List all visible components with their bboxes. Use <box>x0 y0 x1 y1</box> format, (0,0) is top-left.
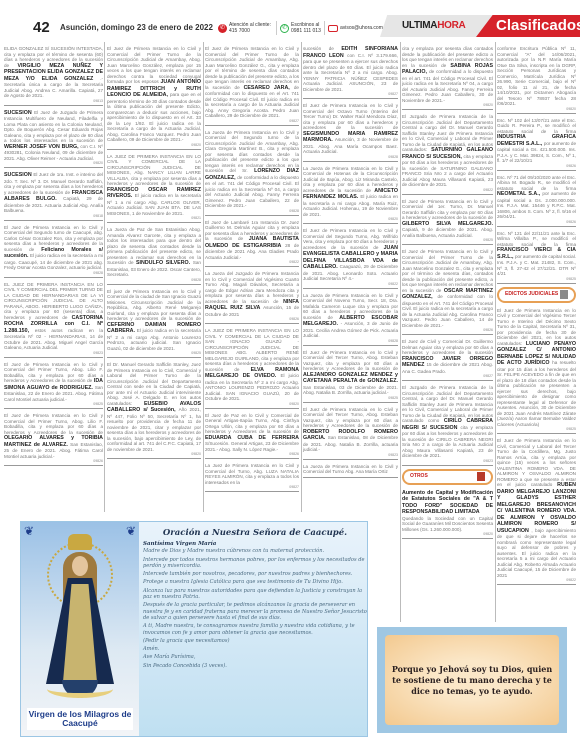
notice-text: La Jueza de Primera Instancia en lo Civi… <box>205 130 299 174</box>
prayer-line: Intercede también por nosotros, pecadore… <box>143 571 367 577</box>
prayer-text: Oración a Nuestra Señora de Caacupé. San… <box>143 528 367 671</box>
notice-text: El Juez de Primera Instancia en lo Civil… <box>303 350 398 372</box>
legal-notice: LA JUEZ DE PRIMERA INSTANCIA EN LO CIVIL… <box>205 326 299 409</box>
notice-code: 09813 <box>4 99 103 103</box>
notice-lead: SUCESION <box>4 110 34 116</box>
column-e: cita y emplaza por sesenta días contados… <box>402 44 493 541</box>
notice-code: 09820 <box>497 107 576 111</box>
notice-subject-name: NEOMETAL S.A., <box>497 191 542 197</box>
legal-notice: La Jueza del Juzgado de Primera Instanci… <box>205 269 299 324</box>
gavel-icon <box>560 290 568 299</box>
edictos-badge-label: EDICTOS JUDICIALES <box>505 292 558 298</box>
notice-code: 09827 <box>303 92 398 96</box>
otros-icon <box>477 472 485 481</box>
notice-text: El juez de Primera Instancia en lo Civil… <box>107 289 201 322</box>
notice-code: 09826 <box>402 328 493 332</box>
virgin-image: ❦ ❦ Virgen de los Milagros de Caacupé <box>21 522 139 736</box>
notice-text: Año 2021, Nº 447, Folio Nº 50, Secretarí… <box>107 407 201 452</box>
notice-text: La Juez de Primera Instancia en lo Civil… <box>205 463 299 485</box>
notice-code: 09825 <box>402 238 493 242</box>
customer-service-contact: ✆ Atención al cliente:415 7000 <box>218 21 271 35</box>
ornament-icon: ❦ <box>24 524 34 538</box>
notice-text: para que en el perentorio término de 30 … <box>107 92 201 142</box>
notice-code: 09822 <box>303 282 398 286</box>
otros-text: Quedando la Sociedad con un Capital Soci… <box>402 516 493 533</box>
notice-text: La Jueza de Primera Instancia en lo Civi… <box>303 464 398 475</box>
legal-notice: El Juez de Paz en lo Civil y Comercial d… <box>205 411 299 460</box>
notice-code: 09826 <box>205 452 299 456</box>
notice-code: 09820 <box>402 103 493 107</box>
prayer-line: Alcanza luz para nuestras autoridades pa… <box>143 588 367 601</box>
ornament-icon: ❦ <box>126 524 136 538</box>
notice-code: 09825 <box>4 402 103 406</box>
column-divider <box>400 42 401 622</box>
notice-text: El Juez de Paz en lo Civil y Comercial d… <box>205 413 299 435</box>
notice-code: 09820 <box>107 452 201 456</box>
notice-subject-name: ALEJANDRO GONZALEZ MENDEZ y CAYETANA PER… <box>303 372 398 385</box>
notice-code: 09828 <box>303 155 398 159</box>
notice-text: , bajo apercibimiento de que si dejare d… <box>497 528 576 578</box>
issue-date: Asunción, domingo 23 de enero de 2022 <box>60 23 213 32</box>
prayer-line: Protege a nuestra Iglesia Católica para … <box>143 579 367 585</box>
legal-notice: El Juzgado de Primera Instancia de la Ci… <box>402 383 493 466</box>
notice-subject-name: WERNER JOSEF VON BURG, <box>4 144 80 150</box>
bible-verse-ad: Porque yo Jehová soy tu Dios, quien te s… <box>377 627 567 733</box>
legal-notice: SUCESION El Juez de 1ra. Inst. e interin… <box>4 170 103 221</box>
legal-notice: El Juez de Primera Instancia en lo Civil… <box>4 223 103 278</box>
legal-notice: El Juez de Primera Instancia en lo Civil… <box>402 197 493 246</box>
verse-text: Porque yo Jehová soy tu Dios, quien te s… <box>385 635 559 725</box>
section-ribbon: ULTIMAHORA Clasificados <box>380 15 580 37</box>
prayer-line: (Pedir la gracia que necesitamos) <box>143 638 367 644</box>
notice-code: 09828 <box>303 339 398 343</box>
legal-notice: La Juez de Primera Instancia en lo Civil… <box>205 461 299 492</box>
prayer-line: Ave María Purísima, <box>143 654 367 660</box>
notice-text: Capiatá, 9 de diciembre de 2021. Abog. A… <box>402 227 493 238</box>
edictos-badge: EDICTOS JUDICIALES <box>497 287 576 303</box>
prayer-subtitle: Santísima Virgen María <box>143 541 367 547</box>
contact-value: 0981 111 013 <box>291 28 321 34</box>
column-d: sucesión de EDITH SINFORIANA FRANCO LEON… <box>303 44 398 480</box>
legal-notice: cita y emplaza por sesenta días contados… <box>402 44 493 110</box>
prayer-title: Oración a Nuestra Señora de Caacupé. <box>143 528 367 538</box>
notice-code: 09822 <box>205 260 299 264</box>
legal-notice: El Dr. Manuel Gerardo Saffidin Stanley, … <box>107 360 201 459</box>
legal-notice: SUCESION El Juez de Juzgado de Primera I… <box>4 108 103 169</box>
notice-text: Esc. Nº 102 del 13/07/21 ante el Esc. Gu… <box>497 118 576 134</box>
notice-code: 09826 <box>497 164 576 168</box>
legal-notice: El Juez de Civil y Comercial Dr. Guiller… <box>402 337 493 381</box>
phone-icon: ✆ <box>218 24 227 33</box>
legal-notice: ELIDA GONZALEZ S/ SUCESIÓN INTESTADA, ci… <box>4 44 103 106</box>
notice-code: 09826 <box>4 459 103 463</box>
logo-part-1: ULTIMA <box>402 20 437 31</box>
whatsapp-contact: ✆ Escribinos al0981 111 013 <box>276 21 321 35</box>
notice-code: 09820 <box>303 217 398 221</box>
notice-subject-name: VIRGILIO MEZA NUÑEZ Y PRESENTACION ELIDA… <box>4 63 103 82</box>
notice-subject-name: SINDULFO SILVERO. <box>136 260 193 266</box>
image-caption: Virgen de los Milagros de Caacupé <box>27 708 133 730</box>
prayer-line: Después de la gracia particular, te pedi… <box>143 602 367 621</box>
legal-notice: El Juez de Primera Instancia en lo Civil… <box>4 411 103 466</box>
legal-notice: La Jueza de Primera Instancia en lo Civi… <box>205 128 299 216</box>
mail-icon <box>328 25 338 32</box>
prayer-line: Madre de Dios y Madre nuestra cúbrenos c… <box>143 548 367 554</box>
moon-icon <box>47 680 113 698</box>
notice-code: 09820 <box>402 532 493 536</box>
notice-text: El Juez de Primera Instancia en lo Civil… <box>497 438 576 487</box>
notice-code: 09823 <box>303 453 398 457</box>
notice-lead: SUCESION <box>4 172 33 178</box>
crown-icon <box>68 534 92 550</box>
otros-notice: Aumento de Capital y Modificación de Est… <box>402 488 493 540</box>
legal-notice: La Jueza de Paz de San Estanislao Abog. … <box>107 225 201 285</box>
prayer-line: Intercede por todos nuestros hermanos po… <box>143 557 367 570</box>
column-divider <box>495 42 496 622</box>
legal-notice: El Juez de Primera Instancia en lo Civil… <box>303 101 398 162</box>
logo-part-2: HORA <box>437 20 465 31</box>
notice-code: 09823 <box>402 459 493 463</box>
notice-code: 09822 <box>497 578 576 582</box>
notice-code: 09820 <box>205 402 299 406</box>
notice-code: 09827 <box>205 119 299 123</box>
page-number: 42 <box>33 19 50 36</box>
notice-text: El Juez de Primera Instancia en lo Civil… <box>4 413 103 435</box>
notice-text: con C.I. Nº 3.179.666, para que se prese… <box>303 53 398 92</box>
legal-notice: El juez de Primera Instancia en lo Civil… <box>107 287 201 359</box>
figure-face <box>72 556 88 576</box>
notice-code: 09825 <box>303 396 398 400</box>
legal-notice: LA JUEZ DE PRIMERA INSTANCIA EN LO CIVIL… <box>107 152 201 224</box>
contact-value: 415 7000 <box>229 28 271 34</box>
notice-text: El Juez de Primera Instancia en lo Civil… <box>205 46 299 90</box>
legal-notice: Esc. Nº 71 del 09/10/2020 ante el Esc. A… <box>497 173 576 227</box>
notice-code: 09828 <box>107 278 201 282</box>
notice-text: S/Sucesión. General Artigas, 23 de Dicie… <box>205 441 299 452</box>
legal-notice: Esc. Nº 121 del 22/11/21 ante la Esc. Wi… <box>497 229 576 284</box>
otros-badge: OTROS <box>402 469 493 485</box>
legal-notice: El Juez de Lambaré 1ra Instancia Dr. Jue… <box>205 218 299 268</box>
notice-code: 09823 <box>4 351 103 355</box>
legal-notice: El Juez de Primera Instancia en lo Civil… <box>205 44 299 126</box>
prayer-ad: ❦ ❦ Virgen de los Milagros de Caacupé Or… <box>20 521 368 737</box>
notice-code: 09818 <box>4 214 103 218</box>
column-divider <box>301 42 302 512</box>
legal-notice: El Juez de Primera Instancia en lo Civil… <box>303 348 398 403</box>
notice-text: ha resuelto citar por 15 días a los here… <box>497 360 576 427</box>
notice-text: El Juez de Primera Instancia en lo Civil… <box>402 199 493 221</box>
notice-subject-name: EDUARDA CUBA DE FERREIRA <box>205 435 299 441</box>
legal-notice: El Juez de Primera Instancia en lo Civil… <box>303 405 398 460</box>
notice-code: 09822 <box>402 188 493 192</box>
notice-text: Esc. Nº 71 del 09/10/2020 ante el Esc. A… <box>497 175 576 191</box>
notice-code: 09820 <box>107 143 201 147</box>
notice-code: 09826 <box>205 317 299 321</box>
notice-code: 09825 <box>497 427 576 431</box>
prayer-line: Sin Pecado Concebida (3 veces). <box>143 663 367 669</box>
otros-badge-label: OTROS <box>410 474 428 480</box>
prayer-line: Amén. <box>143 646 367 652</box>
notice-code: 09827 <box>402 374 493 378</box>
notice-text: El Juez de Civil y Comercial Dr. Guiller… <box>402 339 493 355</box>
column-f: conforme Escritura Pública Nº 11, Comerc… <box>497 44 576 587</box>
notice-text: Esc. Nº 121 del 22/11/21 ante la Esc. Wi… <box>497 231 576 247</box>
legal-notice: sucesión de EDITH SINFORIANA FRANCO LEON… <box>303 44 398 99</box>
otros-title: Aumento de Capital y Modificación de Est… <box>402 490 493 516</box>
whatsapp-icon: ✆ <box>280 24 289 33</box>
legal-notice: El Juez de Primera Instancia en lo Civil… <box>4 360 103 410</box>
section-title: Clasificados <box>496 17 580 34</box>
legal-notice: conforme Escritura Pública Nº 11, Comerc… <box>497 44 576 114</box>
notice-text: El Juez de Primera Instancia en lo Civil… <box>4 362 103 384</box>
column-a: ELIDA GONZALEZ S/ SUCESIÓN INTESTADA, ci… <box>4 44 103 468</box>
column-divider <box>203 42 204 512</box>
legal-notice: El Juez de Primera Instancia en lo Civil… <box>497 436 576 585</box>
notice-text: San Estanislao, 03 de Diciembre de 2021.… <box>303 385 398 396</box>
notice-text: sucesión de <box>303 46 341 51</box>
legal-notice: Esc. Nº 102 del 13/07/21 ante el Esc. Gu… <box>497 116 576 171</box>
notice-code: 09821 <box>107 216 201 220</box>
notice-text: LA JUEZ DE PRIMERA INSTANCIA EN LO CIVIL… <box>205 328 299 372</box>
notice-code: 09827 <box>205 485 299 489</box>
notice-text: El Dr. Manuel Gerardo Saffidin Stanley, … <box>107 362 201 406</box>
legal-notice: El Juez de Primera Instancia en lo Civil… <box>402 247 493 335</box>
legal-notice: El Juez de Primera Instancia en lo Civil… <box>107 44 201 150</box>
notice-code: 09825 <box>107 351 201 355</box>
legal-notice: El Juez de Primera Instancia en lo Civil… <box>497 306 576 435</box>
prayer-line: A ti, Madre nuestra, te consagramos nues… <box>143 623 367 636</box>
legal-notice: La Jueza de Primera Instancia en lo Civi… <box>303 462 398 478</box>
notice-subject-name: GILBERTO SILVA MELGAREJO. <box>402 221 493 227</box>
legal-notice: La Jueza de Primera Instancia en lo Civi… <box>303 291 398 346</box>
legal-notice: EL JUEZ DE PRIMERA INSTANCIA EN LO CIVIL… <box>4 280 103 358</box>
ultimahora-logo: ULTIMAHORA <box>402 20 465 31</box>
legal-notice: La Jueza de Primera Instancia en lo Civi… <box>303 164 398 225</box>
column-b: El Juez de Primera Instancia en lo Civil… <box>107 44 201 461</box>
notice-text: conforme Escritura Pública Nº 11, Comerc… <box>497 46 576 106</box>
notice-text: El Juez de Primera Instancia en lo Civil… <box>303 103 398 130</box>
notice-text: El Juez de Primera Instancia en lo Civil… <box>402 249 493 293</box>
notice-text: El Juez de Primera Instancia en lo Civil… <box>303 407 398 429</box>
notice-code: 09828 <box>205 209 299 213</box>
notice-code: 09820 <box>4 161 103 165</box>
notice-text: LA JUEZ DE PRIMERA INSTANCIA EN LO CIVIL… <box>107 154 201 187</box>
notice-subject-name: CESAREO JARA, <box>244 85 294 91</box>
column-divider <box>104 42 105 512</box>
notice-code: 09825 <box>497 277 576 281</box>
legal-notice: El Juzgado de Primera Instancia de la Ci… <box>402 112 493 195</box>
legal-notice: El Juez de Primera Instancia en lo Civil… <box>303 226 398 289</box>
page-header: 42 Asunción, domingo 23 de enero de 2022… <box>0 0 580 34</box>
notice-subject-name: RUBEN DARIO MELGAREJO LANZONI Y GLADYS E… <box>497 482 576 534</box>
notice-code: 09826 <box>497 220 576 224</box>
column-c: El Juez de Primera Instancia en lo Civil… <box>205 44 299 494</box>
notice-code: 09828 <box>4 271 103 275</box>
